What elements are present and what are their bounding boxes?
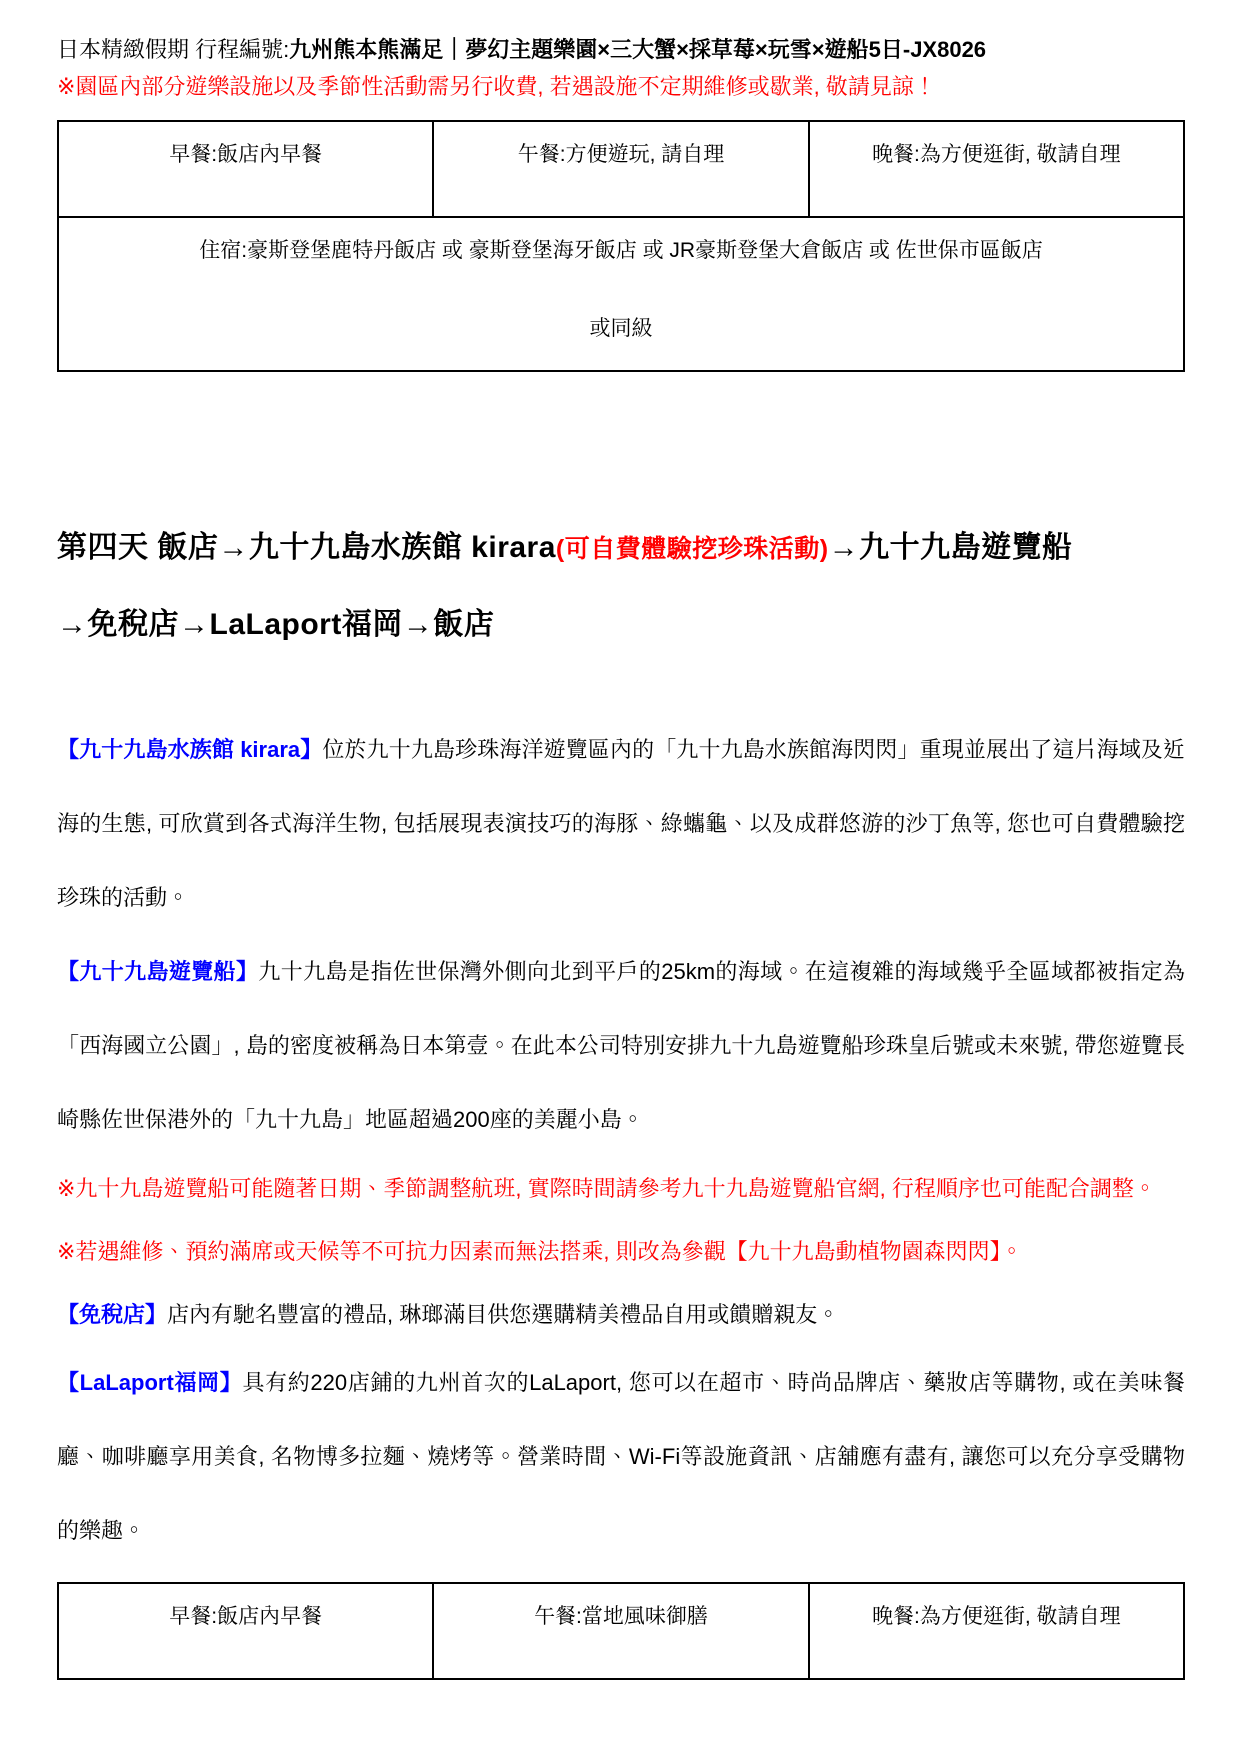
day4-description: 【九十九島水族館 kirara】位於九十九島珍珠海洋遊覽區內的「九十九島水族館海… <box>57 713 1185 1568</box>
day4-heading-line2: →免稅店→LaLaport福岡→飯店 <box>57 587 1185 663</box>
breakfast-cell: 早餐:飯店內早餐 <box>58 121 433 217</box>
cruise-schedule-note: ※九十九島遊覽船可能隨著日期、季節調整航班, 實際時間請參考九十九島遊覽船官網,… <box>57 1157 1185 1220</box>
day4-heading-line1: 第四天 飯店→九十九島水族館 kirara(可自費體驗挖珍珠活動)→九十九島遊覽… <box>57 510 1185 587</box>
title-prefix: 日本精緻假期 行程編號: <box>57 37 289 62</box>
cruise-fallback-note: ※若遇維修、預約滿席或天候等不可抗力因素而無法搭乘, 則改為參觀【九十九島動植物… <box>57 1220 1185 1283</box>
lunch-cell: 午餐:方便遊玩, 請自理 <box>433 121 808 217</box>
day4-meal-table: 早餐:飯店內早餐 午餐:當地風味御膳 晚餐:為方便逛街, 敬請自理 <box>57 1582 1185 1680</box>
document-title: 日本精緻假期 行程編號:九州熊本熊滿足｜夢幻主題樂園×三大蟹×採草莓×玩雪×遊船… <box>57 32 1185 68</box>
day4-meal-table-wrap: 早餐:飯店內早餐 午餐:當地風味御膳 晚餐:為方便逛街, 敬請自理 <box>57 1582 1185 1680</box>
dutyfree-paragraph: 【免稅店】店內有馳名豐富的禮品, 琳瑯滿目供您選購精美禮品自用或饋贈親友。 <box>57 1283 1185 1346</box>
lalaport-paragraph: 【LaLaport福岡】具有約220店鋪的九州首次的LaLaport, 您可以在… <box>57 1346 1185 1568</box>
heading-segment-black1: 第四天 飯店→九十九島水族館 kirara <box>57 531 556 564</box>
day4-heading: 第四天 飯店→九十九島水族館 kirara(可自費體驗挖珍珠活動)→九十九島遊覽… <box>57 510 1185 663</box>
hotel-equivalent: 或同級 <box>67 312 1175 342</box>
dutyfree-label: 【免稅店】 <box>57 1302 167 1327</box>
heading-segment-black2: →九十九島遊覽船 <box>829 531 1073 564</box>
dinner-cell: 晚餐:為方便逛街, 敬請自理 <box>809 1583 1184 1679</box>
itinerary-document-page: 日本精緻假期 行程編號:九州熊本熊滿足｜夢幻主題樂園×三大蟹×採草莓×玩雪×遊船… <box>0 0 1242 1755</box>
meal-row: 早餐:飯店內早餐 午餐:方便遊玩, 請自理 晚餐:為方便逛街, 敬請自理 <box>58 121 1184 217</box>
hotel-row: 住宿:豪斯登堡鹿特丹飯店 或 豪斯登堡海牙飯店 或 JR豪斯登堡大倉飯店 或 佐… <box>58 217 1184 371</box>
title-main: 九州熊本熊滿足｜夢幻主題樂園×三大蟹×採草莓×玩雪×遊船5日-JX8026 <box>289 37 986 62</box>
fee-notice: ※園區內部分遊樂設施以及季節性活動需另行收費, 若遇設施不定期維修或歇業, 敬請… <box>57 68 1185 106</box>
dutyfree-text: 店內有馳名豐富的禮品, 琳瑯滿目供您選購精美禮品自用或饋贈親友。 <box>167 1302 839 1327</box>
aquarium-paragraph: 【九十九島水族館 kirara】位於九十九島珍珠海洋遊覽區內的「九十九島水族館海… <box>57 713 1185 935</box>
hotel-cell: 住宿:豪斯登堡鹿特丹飯店 或 豪斯登堡海牙飯店 或 JR豪斯登堡大倉飯店 或 佐… <box>58 217 1184 371</box>
heading-segment-red: (可自費體驗挖珍珠活動) <box>556 535 829 563</box>
meal-hotel-table: 早餐:飯店內早餐 午餐:方便遊玩, 請自理 晚餐:為方便逛街, 敬請自理 住宿:… <box>57 120 1185 372</box>
aquarium-label: 【九十九島水族館 kirara】 <box>57 737 322 762</box>
lalaport-label: 【LaLaport福岡】 <box>57 1370 242 1395</box>
cruise-label: 【九十九島遊覽船】 <box>57 959 258 984</box>
hotel-options: 住宿:豪斯登堡鹿特丹飯店 或 豪斯登堡海牙飯店 或 JR豪斯登堡大倉飯店 或 佐… <box>67 234 1175 264</box>
lunch-cell: 午餐:當地風味御膳 <box>433 1583 808 1679</box>
dinner-cell: 晚餐:為方便逛街, 敬請自理 <box>809 121 1184 217</box>
breakfast-cell: 早餐:飯店內早餐 <box>58 1583 433 1679</box>
cruise-text: 九十九島是指佐世保灣外側向北到平戶的25km的海域。在這複雜的海域幾乎全區域都被… <box>57 959 1185 1132</box>
lalaport-text: 具有約220店鋪的九州首次的LaLaport, 您可以在超市、時尚品牌店、藥妝店… <box>57 1370 1185 1543</box>
aquarium-text: 位於九十九島珍珠海洋遊覽區內的「九十九島水族館海閃閃」重現並展出了這片海域及近海… <box>57 737 1185 910</box>
meal-row: 早餐:飯店內早餐 午餐:當地風味御膳 晚餐:為方便逛街, 敬請自理 <box>58 1583 1184 1679</box>
cruise-paragraph: 【九十九島遊覽船】九十九島是指佐世保灣外側向北到平戶的25km的海域。在這複雜的… <box>57 935 1185 1157</box>
